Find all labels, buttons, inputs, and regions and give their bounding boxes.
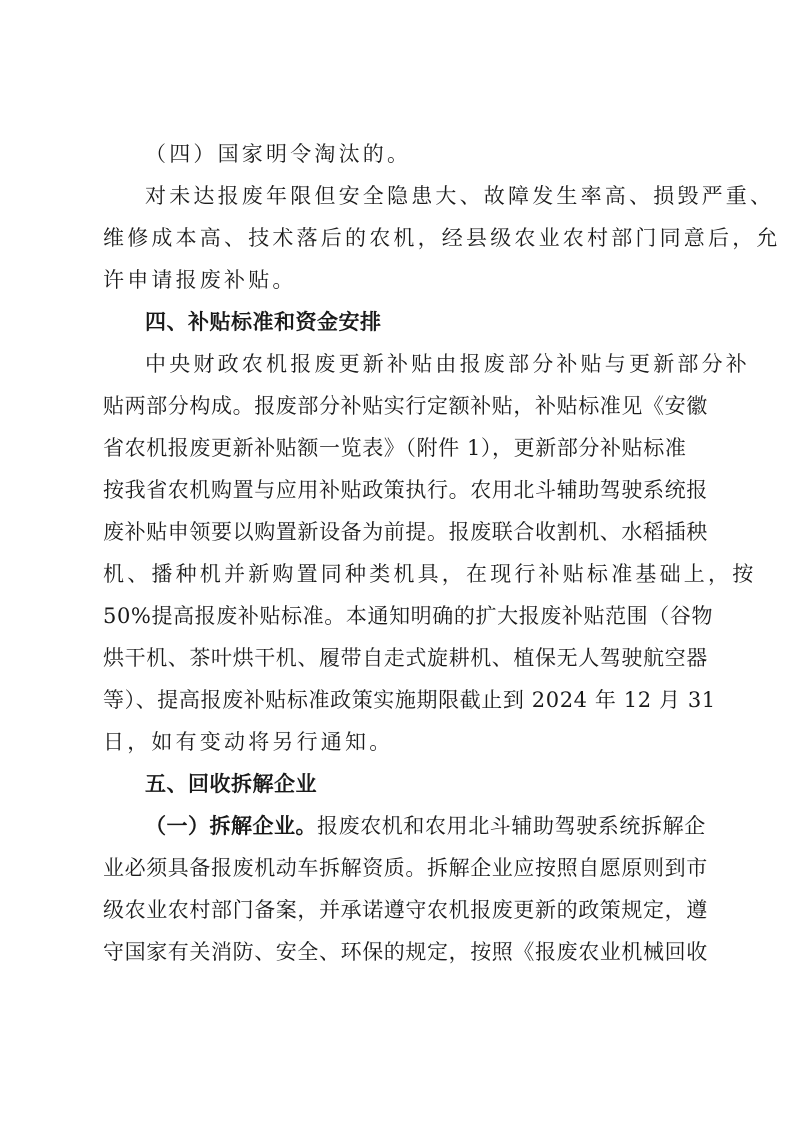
paragraph-line: 级农业农村部门备案，并承诺遵守农机报废更新的政策规定，遵 bbox=[103, 889, 693, 931]
paragraph-line: 维修成本高、技术落后的农机，经县级农业农村部门同意后，允 bbox=[103, 217, 693, 259]
paragraph-line: （一）拆解企业。报废农机和农用北斗辅助驾驶系统拆解企 bbox=[103, 805, 693, 847]
paragraph-line: 废补贴申领要以购置新设备为前提。报废联合收割机、水稻插秧 bbox=[103, 511, 693, 553]
paragraph-line: 守国家有关消防、安全、环保的规定，按照《报废农业机械回收 bbox=[103, 931, 693, 973]
paragraph-line: 对未达报废年限但安全隐患大、故障发生率高、损毁严重、 bbox=[103, 175, 693, 217]
subsection-lead: （一）拆解企业。 bbox=[145, 814, 317, 838]
paragraph-line: 等）、提高报废补贴标准政策实施期限截止到 2024 年 12 月 31 bbox=[103, 679, 693, 721]
paragraph-line: 烘干机、茶叶烘干机、履带自走式旋耕机、植保无人驾驶航空器 bbox=[103, 637, 693, 679]
paragraph-line: 按我省农机购置与应用补贴政策执行。农用北斗辅助驾驶系统报 bbox=[103, 469, 693, 511]
paragraph-line: 日，如有变动将另行通知。 bbox=[103, 721, 693, 763]
document-page: （四）国家明令淘汰的。 对未达报废年限但安全隐患大、故障发生率高、损毁严重、 维… bbox=[103, 133, 693, 973]
paragraph-text: 报废农机和农用北斗辅助驾驶系统拆解企 bbox=[317, 814, 706, 838]
section-heading-4: 四、补贴标准和资金安排 bbox=[103, 301, 693, 343]
paragraph-line: 机、播种机并新购置同种类机具，在现行补贴标准基础上，按 bbox=[103, 553, 693, 595]
paragraph-line: 中央财政农机报废更新补贴由报废部分补贴与更新部分补 bbox=[103, 343, 693, 385]
paragraph-line: 许申请报废补贴。 bbox=[103, 259, 693, 301]
paragraph-line: 50%提高报废补贴标准。本通知明确的扩大报废补贴范围（谷物 bbox=[103, 595, 693, 637]
paragraph-line: 业必须具备报废机动车拆解资质。拆解企业应按照自愿原则到市 bbox=[103, 847, 693, 889]
paragraph-line: 省农机报废更新补贴额一览表》（附件 1），更新部分补贴标准 bbox=[103, 427, 693, 469]
paragraph-line: 贴两部分构成。报废部分补贴实行定额补贴，补贴标准见《安徽 bbox=[103, 385, 693, 427]
section-heading-5: 五、回收拆解企业 bbox=[103, 763, 693, 805]
list-item-4: （四）国家明令淘汰的。 bbox=[103, 133, 693, 175]
